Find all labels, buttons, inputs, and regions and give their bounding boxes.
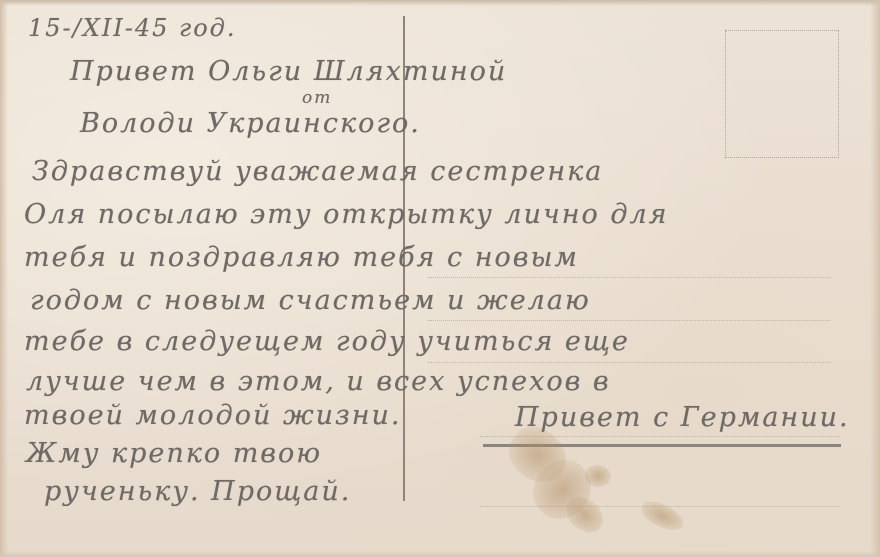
date-text: 15-/XII-45 год. [28,16,236,40]
greeting-line-1: Привет Ольги Шляхтиной [70,58,507,85]
from-word: от [302,90,332,107]
stain [585,465,611,487]
message-line: твоей молодой жизни. [24,402,402,429]
message-line: лучше чем в этом, и всех успехов в [26,368,611,395]
greeting-line-2: Володи Украинского. [80,110,421,137]
greeting-from-germany: Привет с Германии. [515,404,850,431]
message-line: Жму крепко твою [26,440,322,467]
address-line [428,277,830,278]
worn-edge-top [0,0,880,6]
worn-edge-left [0,0,8,557]
worn-edge-right [870,0,880,557]
message-line: Оля посылаю эту открытку лично для [24,201,669,228]
message-line: годом с новым счастьем и желаю [30,287,591,314]
message-line: тебе в следуещем году учиться еще [24,328,630,355]
address-line [428,362,830,363]
address-line [428,320,830,321]
stamp-box [725,30,839,158]
message-line: Здравствуй уважаемая сестренка [32,158,603,185]
message-line: рученьку. Прощай. [44,478,351,505]
message-line: тебя и поздравляю тебя с новым [24,244,579,271]
worn-edge-bottom [0,551,880,557]
postcard-back: 15-/XII-45 год. Привет Ольги Шляхтиной о… [0,0,880,557]
stain [637,497,687,536]
